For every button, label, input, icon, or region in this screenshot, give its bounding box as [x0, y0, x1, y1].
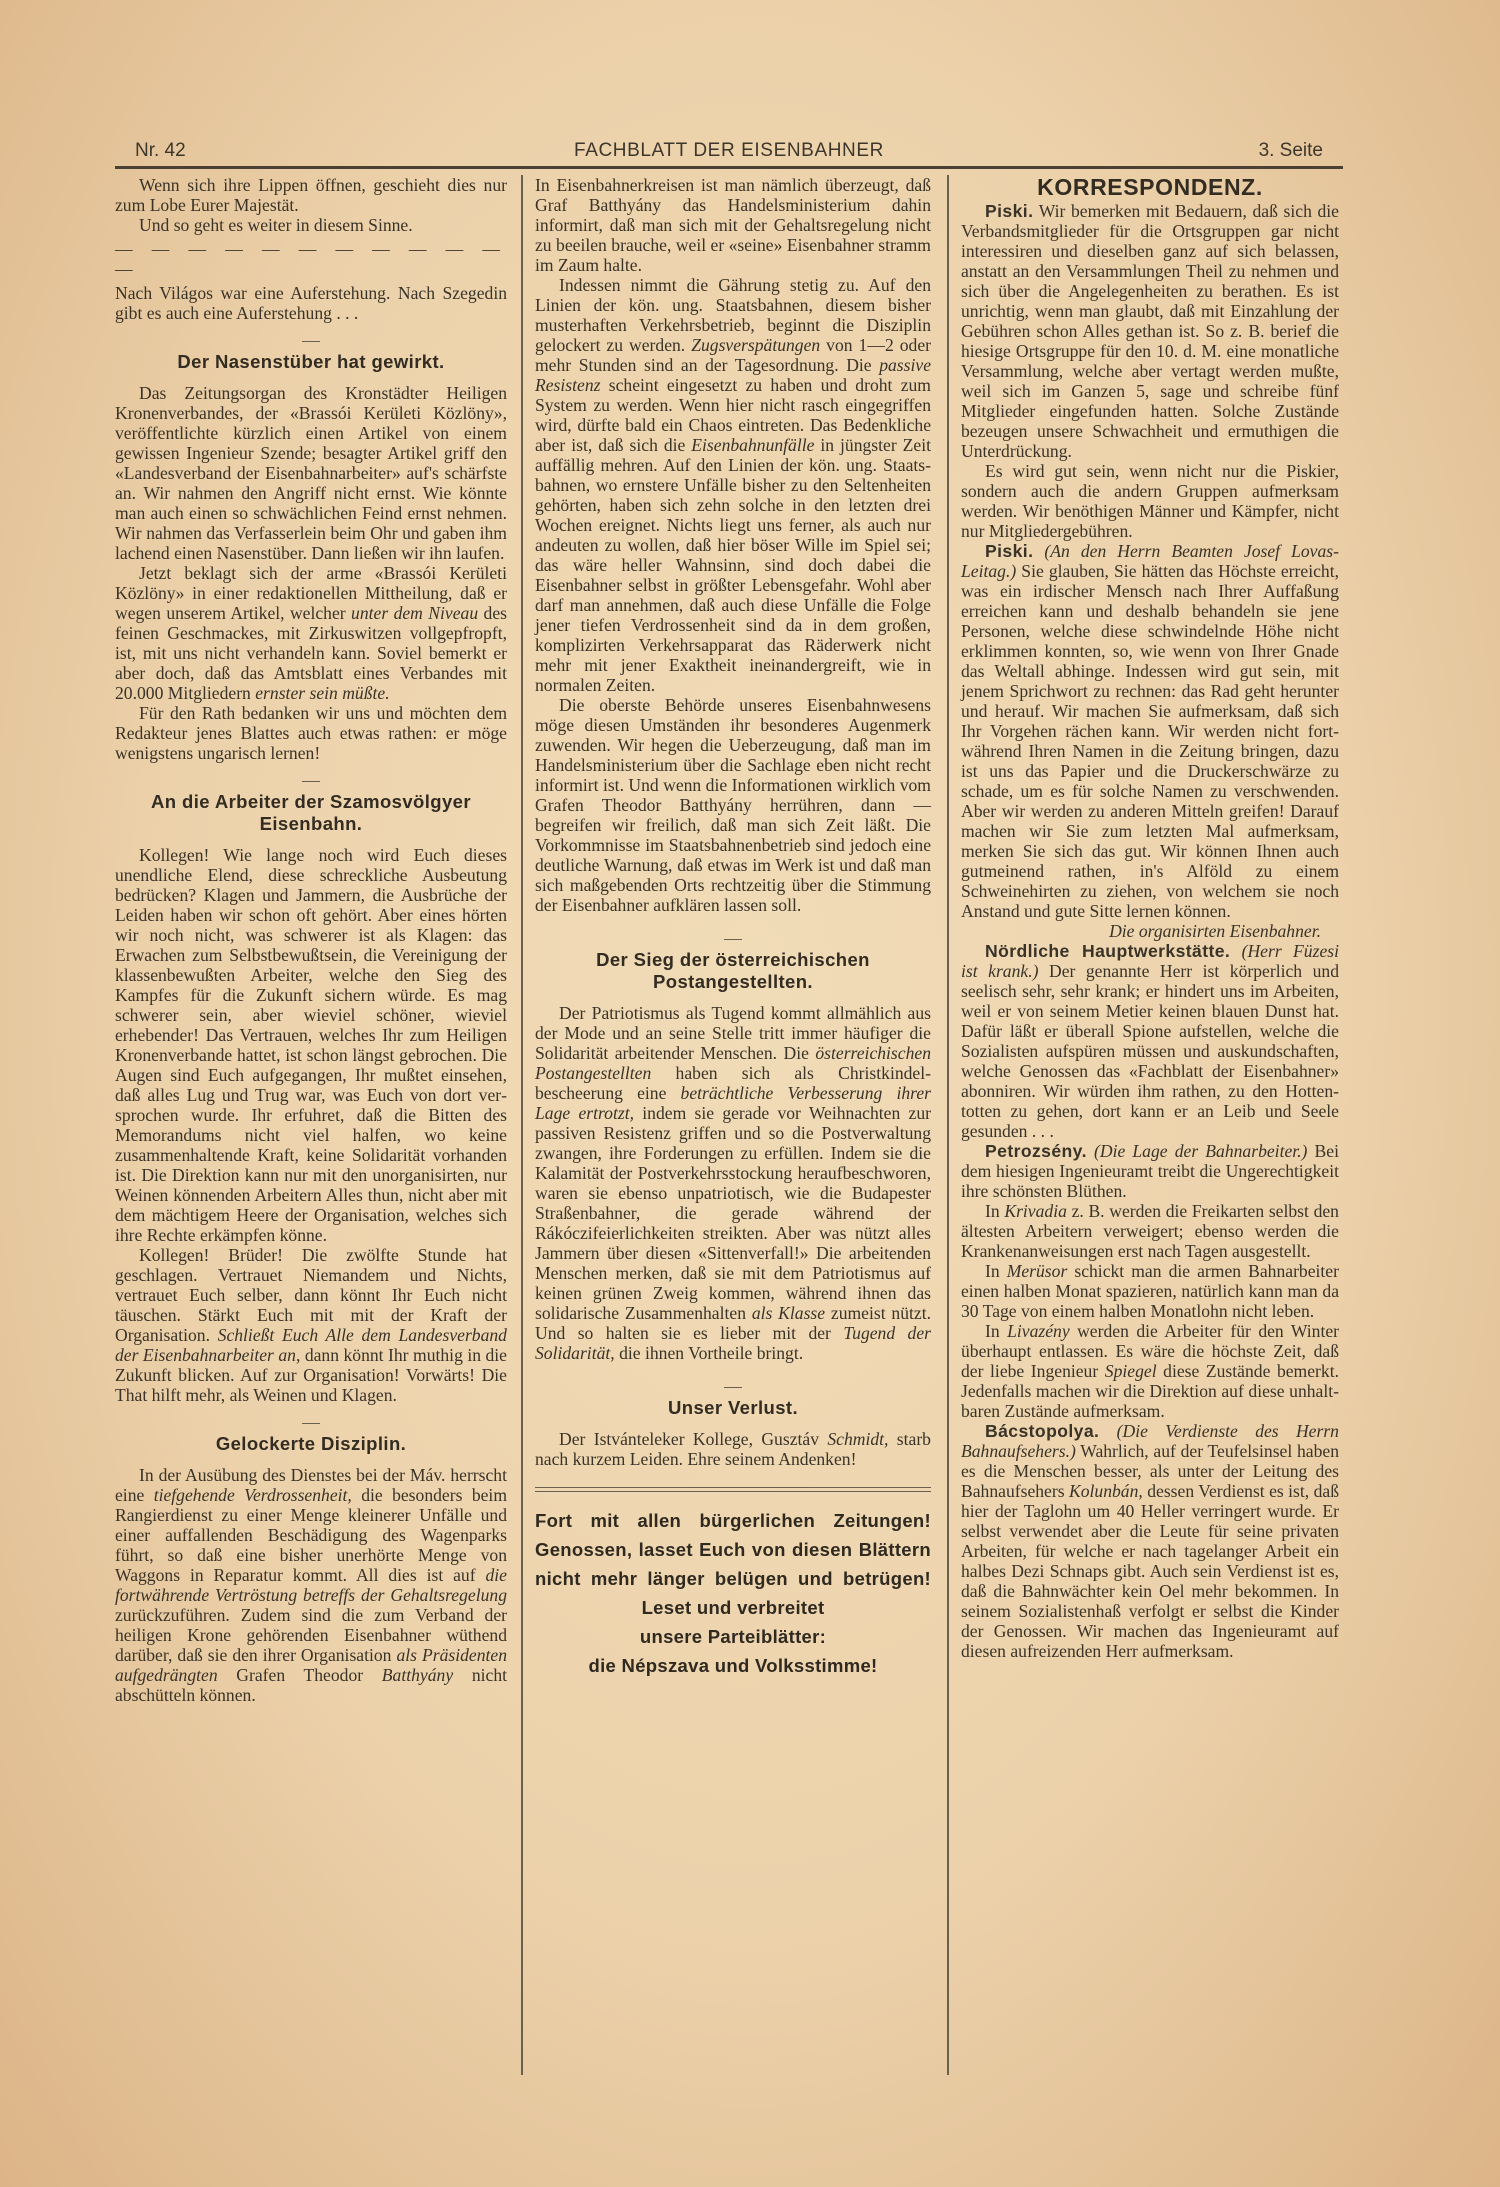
newspaper-page: Nr. 42 FACHBLATT DER EISENBAHNER 3. Seit…	[115, 136, 1343, 2075]
divider	[535, 1375, 931, 1389]
double-rule-divider	[535, 1487, 931, 1492]
paragraph: Kollegen! Wie lange noch wird Euch diese…	[115, 845, 507, 1245]
place-name: Bácstopolya.	[985, 1421, 1099, 1441]
paragraph: In Merüsor schickt man die armen Bahn­ar…	[961, 1261, 1339, 1321]
divider	[115, 769, 507, 783]
paragraph: Die oberste Behörde unseres Eisenbahn­we…	[535, 695, 931, 915]
paragraph: Wenn sich ihre Lippen öffnen, geschieht …	[115, 175, 507, 215]
paragraph: In Krivadia z. B. werden die Freikarten …	[961, 1201, 1339, 1261]
paragraph: Für den Rath bedanken wir uns und möchte…	[115, 703, 507, 763]
correspondence-item: Petrozsény. (Die Lage der Bahnarbei­ter.…	[961, 1141, 1339, 1201]
column-middle: In Eisenbahnerkreisen ist man nämlich üb…	[521, 175, 949, 2075]
article-title: Gelockerte Disziplin.	[115, 1433, 507, 1455]
place-name: Nördliche Hauptwerkstätte.	[985, 941, 1230, 961]
paragraph: Der Patriotismus als Tugend kommt allmäh…	[535, 1003, 931, 1363]
page-header: Nr. 42 FACHBLATT DER EISENBAHNER 3. Seit…	[115, 136, 1343, 166]
column-right: KORRESPONDENZ. Piski. Wir bemerken mit B…	[949, 175, 1339, 1661]
header-rule	[115, 166, 1343, 169]
callout-text: die Népszava und Volksstimme!	[535, 1651, 931, 1680]
correspondence-item: Bácstopolya. (Die Verdienste des Herrn B…	[961, 1421, 1339, 1661]
correspondence-item: Nördliche Hauptwerkstätte. (Herr Füzesi …	[961, 941, 1339, 1141]
article-title: Der Sieg der österreichischen Postangest…	[535, 949, 931, 993]
place-name: Piski.	[985, 541, 1033, 561]
dash-divider: — — — — — — — — — — — —	[115, 239, 507, 279]
correspondence-item: Piski. (An den Herrn Beamten Josef Lovas…	[961, 541, 1339, 921]
masthead-title: FACHBLATT DER EISENBAHNER	[115, 140, 1343, 162]
divider	[535, 927, 931, 941]
columns: Wenn sich ihre Lippen öffnen, geschieht …	[115, 175, 1343, 2075]
place-name: Piski.	[985, 201, 1033, 221]
article-title: Der Nasenstüber hat gewirkt.	[115, 351, 507, 373]
paragraph: Jetzt beklagt sich der arme «Brassói Ker…	[115, 563, 507, 703]
paragraph: In der Ausübung des Dienstes bei der Máv…	[115, 1465, 507, 1705]
divider	[115, 1411, 507, 1425]
paragraph: Nach Világos war eine Auferstehung. Nach…	[115, 283, 507, 323]
divider	[115, 329, 507, 343]
place-name: Petrozsény.	[985, 1141, 1087, 1161]
article-title: Unser Verlust.	[535, 1397, 931, 1419]
paragraph: In Livazény werden die Arbeiter für den …	[961, 1321, 1339, 1421]
party-press-callout: Fort mit allen bürgerlichen Zeitungen! G…	[535, 1506, 931, 1680]
paragraph: Indessen nimmt die Gährung stetig zu. Au…	[535, 275, 931, 695]
paragraph: Kollegen! Brüder! Die zwölfte Stunde hat…	[115, 1245, 507, 1405]
paragraph: Es wird gut sein, wenn nicht nur die Pis…	[961, 461, 1339, 541]
correspondence-item: Piski. Wir bemerken mit Bedauern, daß si…	[961, 201, 1339, 461]
column-left: Wenn sich ihre Lippen öffnen, geschieht …	[115, 175, 521, 1705]
paragraph: Der Istvánteleker Kollege, Gusztáv Schmi…	[535, 1429, 931, 1469]
article-title: An die Arbeiter der Szamosvölgyer Eisenb…	[115, 791, 507, 835]
section-title: KORRESPONDENZ.	[961, 177, 1339, 197]
signature: Die organisirten Eisenbahner.	[961, 921, 1339, 941]
paragraph: In Eisenbahnerkreisen ist man nämlich üb…	[535, 175, 931, 275]
page-number: 3. Seite	[1259, 140, 1323, 162]
paragraph: Das Zeitungsorgan des Kronstädter Hei­li…	[115, 383, 507, 563]
callout-text: Fort mit allen bürgerlichen Zeitungen! G…	[535, 1506, 931, 1622]
callout-text: unsere Parteiblätter:	[535, 1622, 931, 1651]
paragraph: Und so geht es weiter in diesem Sinne.	[115, 215, 507, 235]
